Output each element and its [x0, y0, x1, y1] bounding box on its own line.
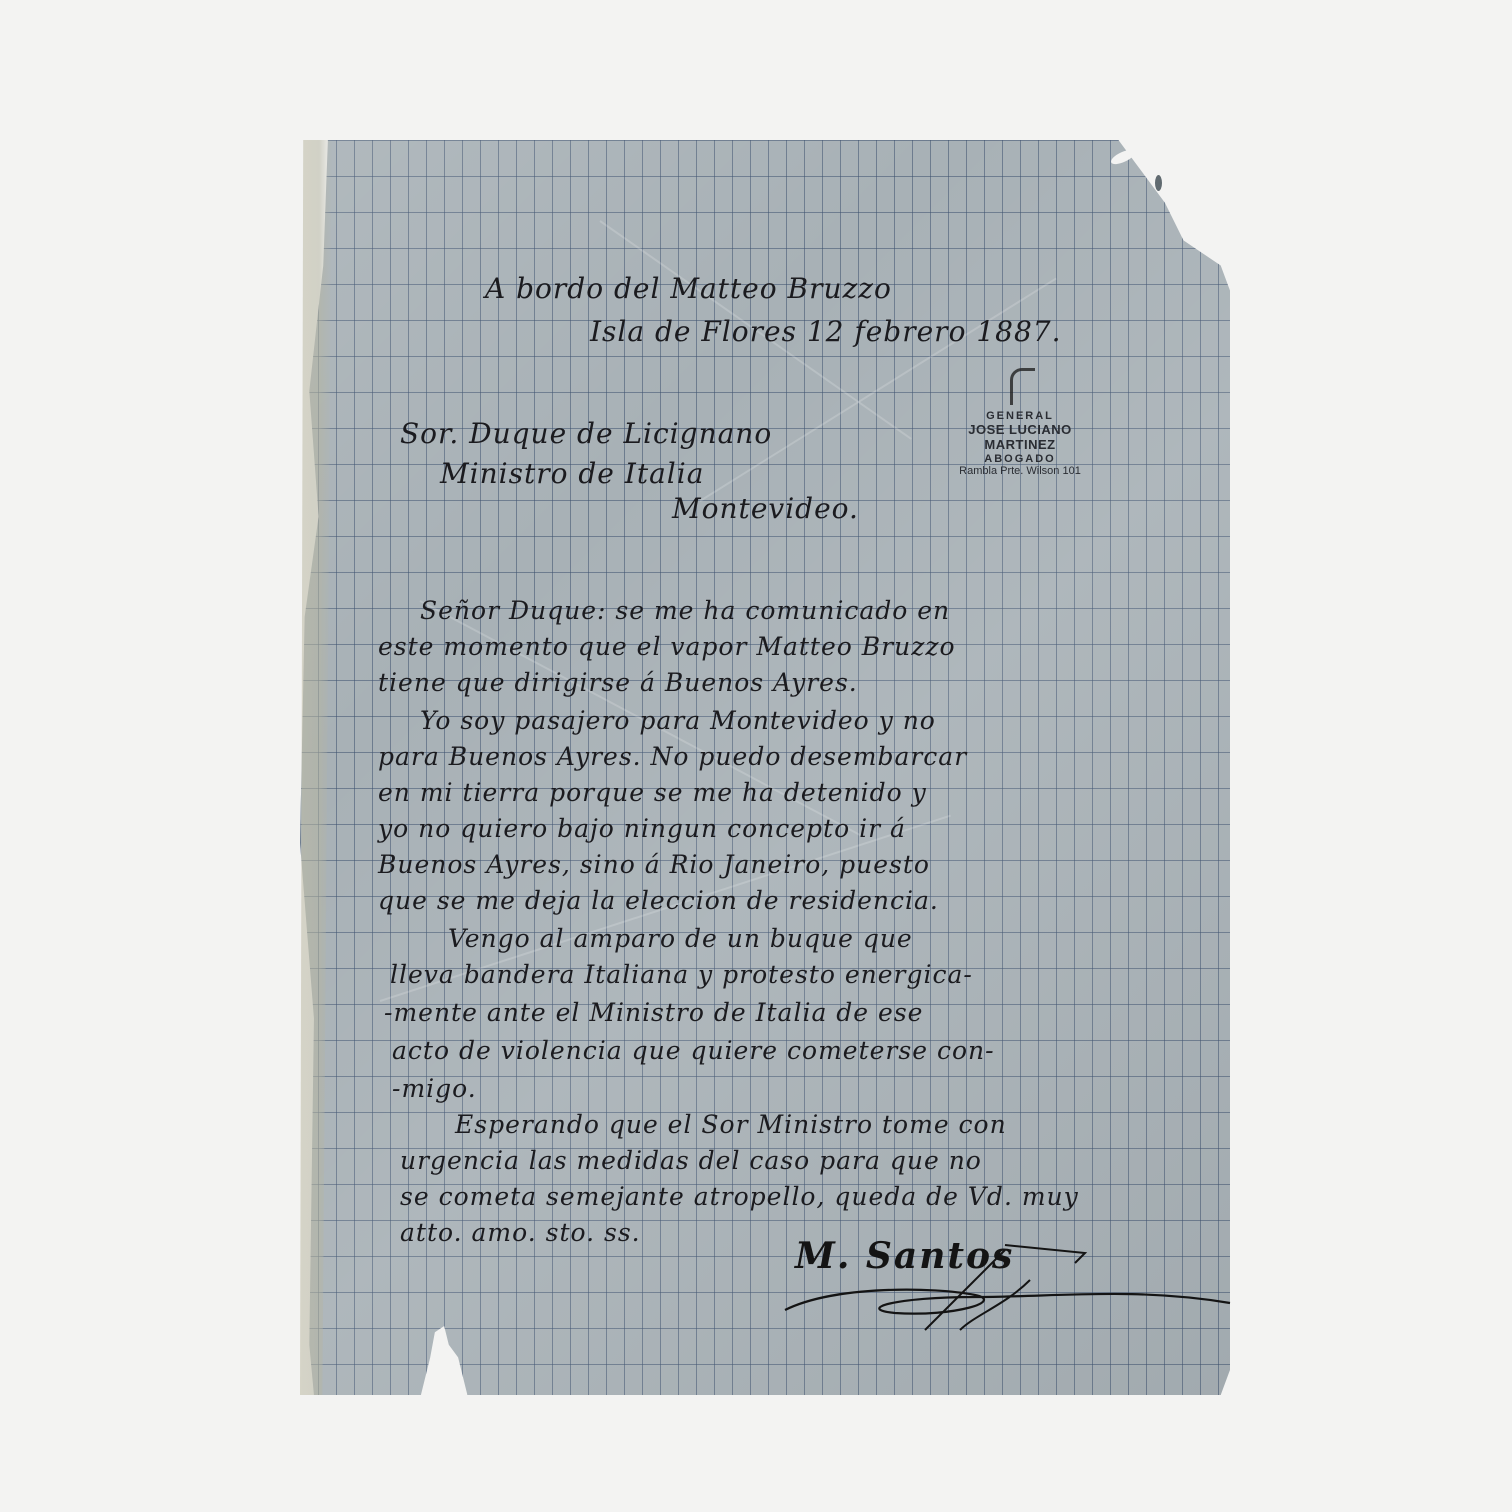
body-line: Buenos Ayres, sino á Rio Janeiro, puesto	[378, 852, 930, 877]
addressee-line-2: Ministro de Italia	[440, 460, 704, 488]
body-line: en mi tierra porque se me ha detenido y	[378, 780, 927, 805]
stamp-profession: ABOGADO	[940, 453, 1100, 466]
body-line: Señor Duque: se me ha comunicado en	[420, 598, 950, 623]
heading-line-2: Isla de Flores 12 febrero 1887.	[590, 318, 1061, 346]
body-line: este momento que el vapor Matteo Bruzzo	[378, 634, 956, 659]
signature-flourish-icon	[775, 1225, 1235, 1335]
heading-line-1: A bordo del Matteo Bruzzo	[485, 275, 892, 303]
paper-hole	[1155, 175, 1162, 191]
body-line: atto. amo. sto. ss.	[400, 1220, 641, 1245]
body-line: Yo soy pasajero para Montevideo y no	[420, 708, 936, 733]
stamp-ink-mark	[1010, 368, 1035, 405]
stamp-address: Rambla Prte. Wilson 101	[940, 465, 1100, 478]
body-line: tiene que dirigirse á Buenos Ayres.	[378, 670, 858, 695]
stamp-title: GENERAL	[940, 410, 1100, 423]
body-line: -migo.	[392, 1076, 477, 1101]
body-line: Vengo al amparo de un buque que	[448, 926, 913, 951]
body-line: se cometa semejante atropello, queda de …	[400, 1184, 1079, 1209]
body-line: Esperando que el Sor Ministro tome con	[455, 1112, 1007, 1137]
body-line: urgencia las medidas del caso para que n…	[400, 1148, 982, 1173]
addressee-line-3: Montevideo.	[672, 495, 859, 523]
stamp-name: JOSE LUCIANO MARTINEZ	[940, 423, 1100, 453]
body-line: para Buenos Ayres. No puedo desembarcar	[378, 744, 967, 769]
body-line: que se me deja la eleccion de residencia…	[378, 888, 939, 913]
body-line: yo no quiero bajo ningun concepto ir á	[378, 816, 906, 841]
signature: M. Santos	[775, 1225, 1235, 1335]
body-line: acto de violencia que quiere cometerse c…	[392, 1038, 995, 1063]
lawyer-stamp: GENERAL JOSE LUCIANO MARTINEZ ABOGADO Ra…	[940, 410, 1100, 478]
body-line: -mente ante el Ministro de Italia de ese	[384, 1000, 923, 1025]
body-line: lleva bandera Italiana y protesto energi…	[390, 962, 973, 987]
addressee-line-1: Sor. Duque de Licignano	[400, 420, 772, 448]
